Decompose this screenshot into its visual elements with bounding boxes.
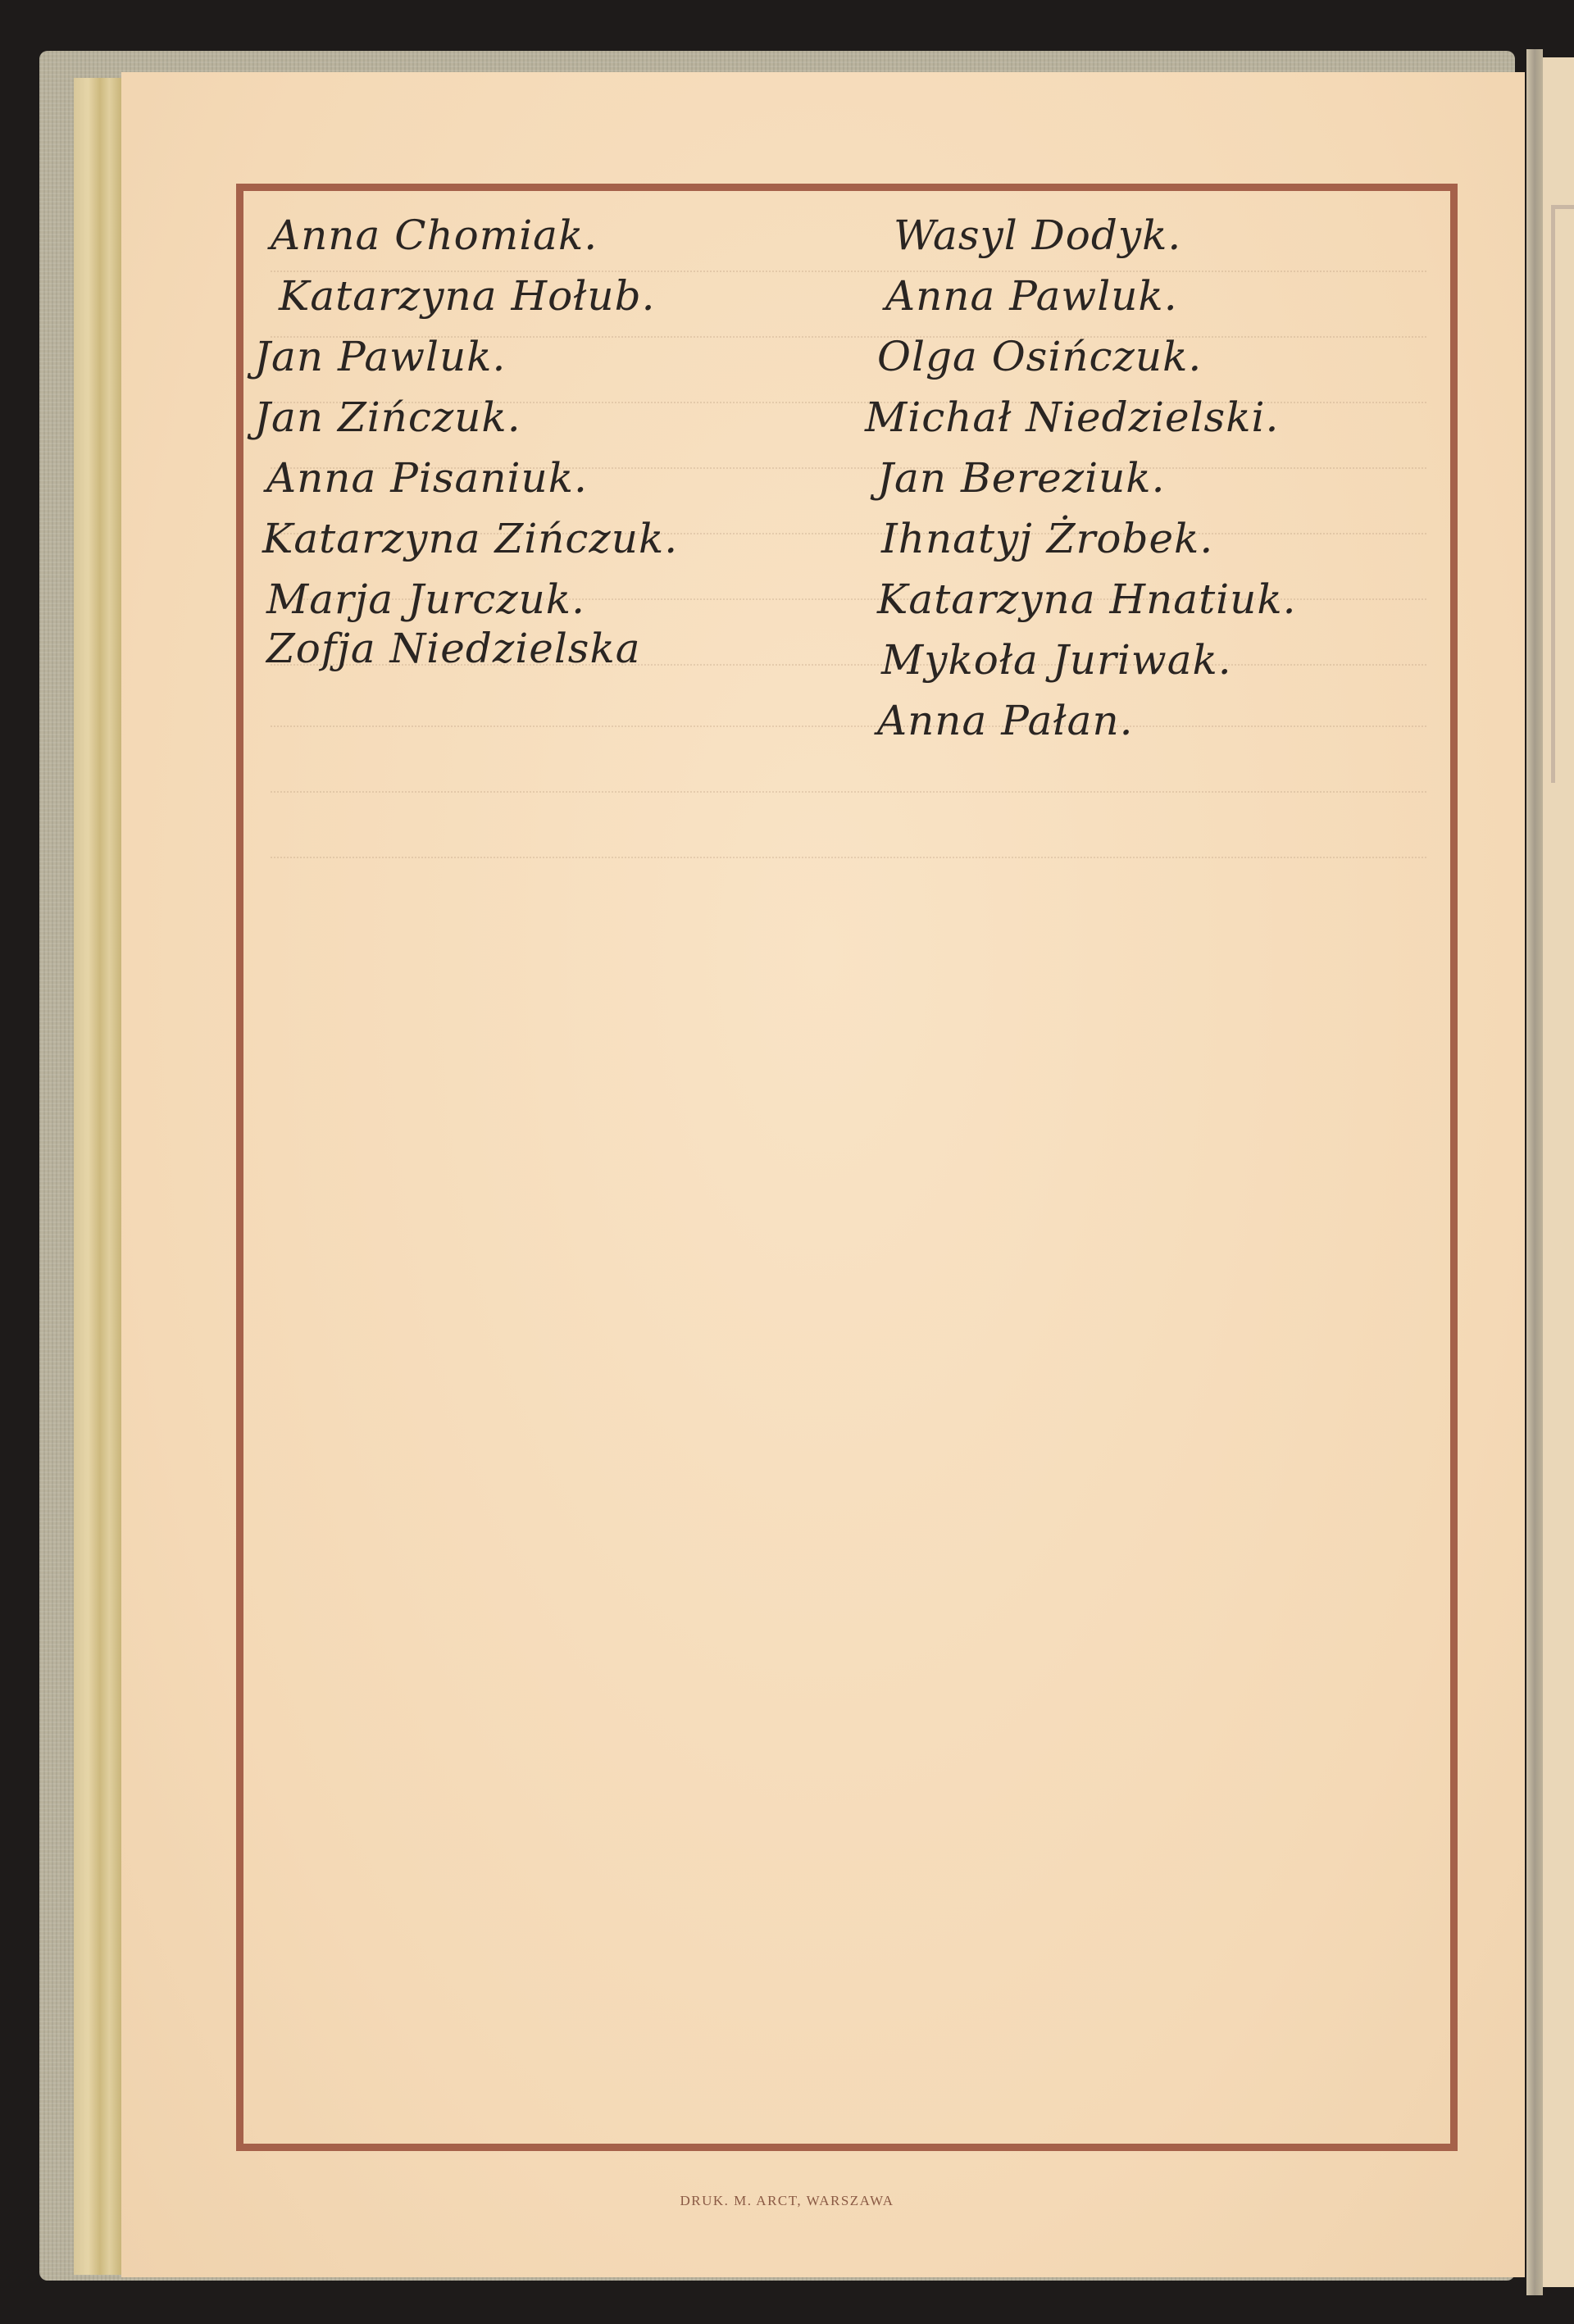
handwritten-name: Katarzyna Hołub.: [279, 266, 795, 326]
ruled-line: [271, 791, 1426, 793]
handwritten-name: Michał Niedzielski.: [865, 387, 1385, 448]
handwritten-name: Anna Pisaniuk.: [266, 448, 795, 508]
ruled-line: [271, 857, 1426, 858]
handwritten-name: Katarzyna Zińczuk.: [262, 508, 795, 569]
printer-imprint: DRUK. M. ARCT, WARSZAWA: [0, 2193, 1574, 2209]
handwritten-name: Zofja Niedzielska: [266, 618, 795, 679]
handwritten-name: Olga Osińczuk.: [877, 326, 1385, 387]
names-column-right: Wasyl Dodyk. Anna Pawluk. Olga Osińczuk.…: [861, 205, 1385, 751]
handwritten-name: Ihnatyj Żrobek.: [881, 508, 1385, 569]
adjacent-page-border-fragment: [1551, 205, 1574, 783]
handwritten-name: Anna Chomiak.: [271, 205, 795, 266]
page-edges: [74, 78, 121, 2275]
handwritten-name: Wasyl Dodyk.: [894, 205, 1385, 266]
names-column-left: Anna Chomiak. Katarzyna Hołub. Jan Pawlu…: [254, 205, 795, 679]
handwritten-name: Anna Pawluk.: [885, 266, 1385, 326]
handwritten-name: Jan Zińczuk.: [254, 387, 795, 448]
handwritten-name: Jan Pawluk.: [254, 326, 795, 387]
handwritten-name: Jan Bereziuk.: [877, 448, 1385, 508]
book-gutter: [1526, 49, 1543, 2295]
handwritten-name: Anna Pałan.: [877, 690, 1385, 751]
adjacent-page: [1543, 57, 1574, 2287]
handwritten-name: Katarzyna Hnatiuk.: [877, 569, 1385, 630]
handwritten-name: Mykoła Juriwak.: [881, 630, 1385, 690]
